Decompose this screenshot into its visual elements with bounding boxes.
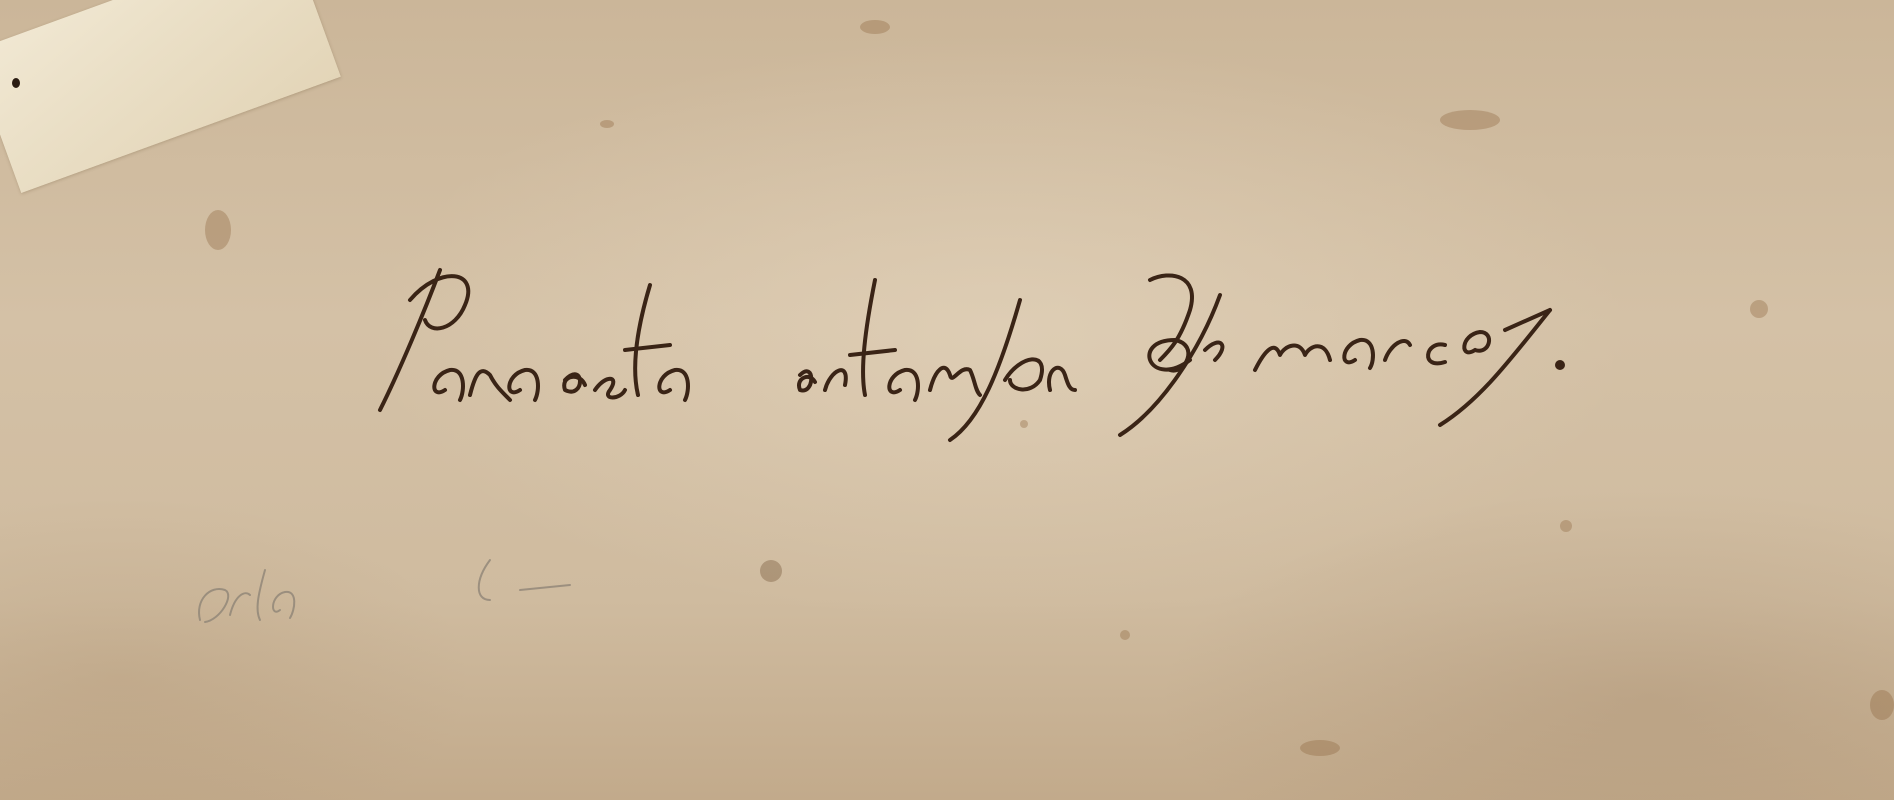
stain: [1750, 300, 1768, 318]
handwritten-inscription: [370, 250, 1670, 450]
pencil-annotation: [190, 540, 790, 640]
stain: [1440, 110, 1500, 130]
stain: [600, 120, 614, 128]
aged-paper: Para esta estampa dos marcos.: [0, 0, 1894, 800]
stain: [1870, 690, 1894, 720]
ink-dot: [12, 78, 20, 88]
stain: [205, 210, 231, 250]
stain: [1300, 740, 1340, 756]
inscription-text: Para esta estampa dos marcos.: [0, 0, 1, 1]
paper-tape-strip: [0, 0, 341, 193]
stain: [1120, 630, 1130, 640]
stain: [860, 20, 890, 34]
stain: [1560, 520, 1572, 532]
